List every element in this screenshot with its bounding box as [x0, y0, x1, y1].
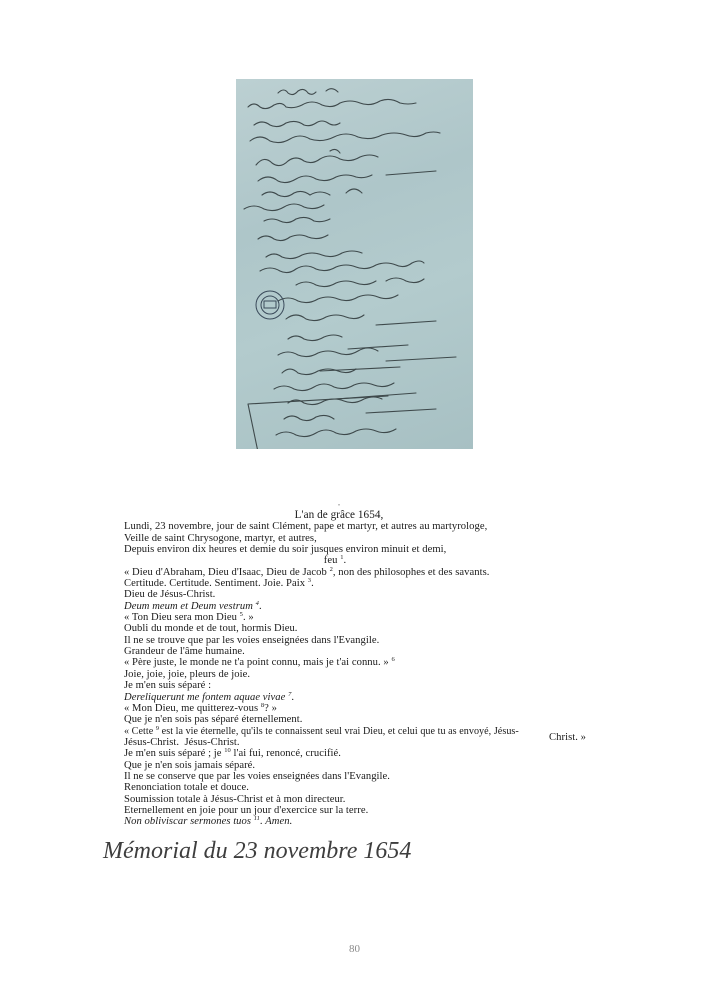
text-line-latin: Non obliviscar sermones tuos 11. Amen.	[124, 816, 594, 827]
text: .	[291, 692, 294, 703]
text-line: Joie, joie, joie, pleurs de joie.	[124, 669, 594, 680]
text: feu	[324, 555, 340, 566]
text-line: Il ne se trouve que par les voies enseig…	[124, 635, 594, 646]
text: Deum meum et Deum vestrum	[124, 601, 256, 612]
text-line: Lundi, 23 novembre, jour de saint Clémen…	[124, 521, 594, 532]
text: .	[259, 601, 262, 612]
transcription-title: L'an de grâce 1654,	[124, 510, 594, 521]
text: . »	[243, 612, 254, 623]
text-line: Certitude. Certitude. Sentiment. Joie. P…	[124, 578, 594, 589]
footnote-ref[interactable]: 6	[391, 656, 394, 663]
footnote-ref[interactable]: 10	[224, 747, 231, 754]
text-line: Je m'en suis séparé ; je 10 l'ai fui, re…	[124, 748, 594, 759]
text: est la vie éternelle, qu'ils te connaiss…	[159, 726, 519, 737]
page-number: 80	[0, 943, 709, 955]
text-continuation: Christ. »	[549, 732, 586, 743]
text-line: Je m'en suis séparé :	[124, 680, 594, 691]
text: Je m'en suis séparé ; je	[124, 748, 224, 759]
text-line-latin: Dereliquerunt me fontem aquae vivae 7.	[124, 692, 594, 703]
text: Certitude. Certitude. Sentiment. Joie. P…	[124, 578, 308, 589]
text-line: Jésus-Christ. Jésus-Christ.Christ. »	[124, 737, 594, 748]
text-line: Grandeur de l'âme humaine.	[124, 646, 594, 657]
text: « Ton Dieu sera mon Dieu	[124, 612, 240, 623]
text-line: « Dieu d'Abraham, Dieu d'Isaac, Dieu de …	[124, 567, 594, 578]
text: « Dieu d'Abraham, Dieu d'Isaac, Dieu de …	[124, 567, 330, 578]
text-line: « Cette 9 est la vie éternelle, qu'ils t…	[124, 726, 594, 737]
text-line: « Mon Dieu, me quitterez-vous 8? »	[124, 703, 594, 714]
text-line: « Père juste, le monde ne t'a point conn…	[124, 657, 594, 668]
manuscript-image	[236, 79, 473, 449]
text-line: Renonciation totale et douce.	[124, 782, 594, 793]
text-line: Veille de saint Chrysogone, martyr, et a…	[124, 533, 594, 544]
stamp-seal	[256, 291, 284, 319]
text-line-feu: feu 1.	[124, 555, 594, 566]
text: Non obliviscar sermones tuos	[124, 816, 254, 827]
text: .	[344, 555, 347, 566]
text: Dereliquerunt me fontem aquae vivae	[124, 692, 288, 703]
text: Amen.	[265, 816, 292, 827]
text-line: Que je n'en sois jamais séparé.	[124, 760, 594, 771]
text: Jésus-Christ. Jésus-Christ.	[124, 737, 240, 748]
text-line: Eternellement en joie pour un jour d'exe…	[124, 805, 594, 816]
figure-caption: Mémorial du 23 novembre 1654	[103, 838, 411, 865]
text-line: Dieu de Jésus-Christ.	[124, 589, 594, 600]
text: « Père juste, le monde ne t'a point conn…	[124, 657, 391, 668]
text-line: Depuis environ dix heures et demie du so…	[124, 544, 594, 555]
text: .	[311, 578, 314, 589]
text: « Cette	[124, 726, 156, 737]
text-line: Soumission totale à Jésus-Christ et à mo…	[124, 794, 594, 805]
transcription-text: ' L'an de grâce 1654, Lundi, 23 novembre…	[124, 505, 594, 828]
text: , non des philosophes et des savants.	[333, 567, 490, 578]
text-line: Oubli du monde et de tout, hormis Dieu.	[124, 623, 594, 634]
text-line: « Ton Dieu sera mon Dieu 5. »	[124, 612, 594, 623]
text-line: Il ne se conserve que par les voies ense…	[124, 771, 594, 782]
text: « Mon Dieu, me quitterez-vous	[124, 703, 261, 714]
text-line-latin: Deum meum et Deum vestrum 4.	[124, 601, 594, 612]
handwriting-illustration	[236, 79, 473, 449]
text: ? »	[264, 703, 277, 714]
text: l'ai fui, renoncé, crucifié.	[231, 748, 341, 759]
text-line: Que je n'en sois pas séparé éternellemen…	[124, 714, 594, 725]
